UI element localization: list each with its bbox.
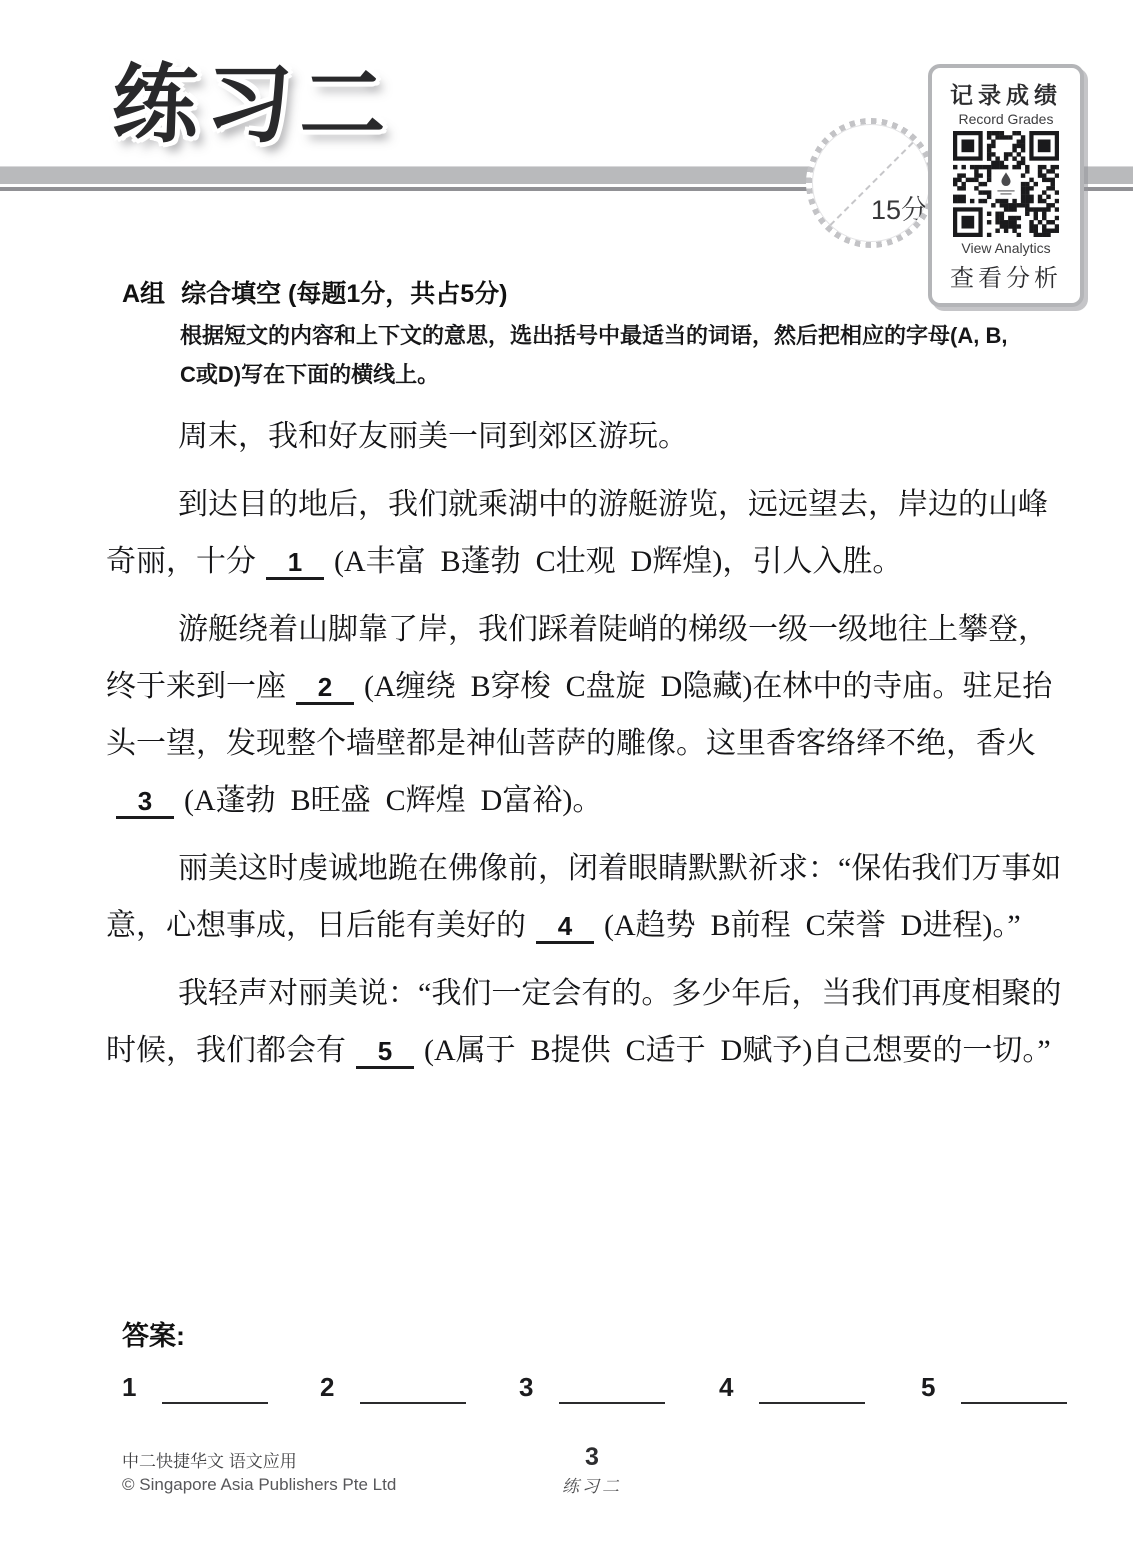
section-instructions: 根据短文的内容和上下文的意思，选出括号中最适当的词语，然后把相应的字母(A, B… — [180, 316, 1080, 394]
answer-blank-line[interactable] — [961, 1372, 1067, 1404]
answer-item-1: 1 — [122, 1372, 268, 1409]
answer-number: 4 — [719, 1372, 733, 1402]
passage-blank-3[interactable]: 3 — [116, 786, 174, 819]
section-title: 综合填空 (每题1分，共占5分) — [181, 280, 507, 308]
passage-paragraph: 我轻声对丽美说：“我们一定会有的。多少年后，当我们再度相聚的时候，我们都会有5(… — [106, 965, 1072, 1079]
answer-number: 2 — [320, 1372, 334, 1402]
footer-series-title: 中二快捷华文 语文应用 — [122, 1450, 396, 1473]
page-title: 练习二 — [110, 58, 395, 153]
footer-page-label: 练习二 — [492, 1472, 692, 1497]
footer-copyright: © Singapore Asia Publishers Pte Ltd — [122, 1473, 396, 1496]
passage-paragraph: 到达目的地后，我们就乘湖中的游艇游览，远远望去，岸边的山峰奇丽，十分1(A丰富 … — [106, 476, 1072, 590]
answers-label: 答案: — [122, 1314, 185, 1353]
score-stamp-face: 15分 — [812, 124, 930, 242]
section-heading: A组综合填空 (每题1分，共占5分) — [122, 274, 507, 310]
answer-blank-line[interactable] — [360, 1372, 466, 1404]
qr-panel: 记录成绩 Record Grades View Analytics 查看分析 — [928, 64, 1084, 307]
qr-caption-en: View Analytics — [961, 240, 1050, 256]
answer-blank-line[interactable] — [759, 1372, 865, 1404]
passage-paragraph: 丽美这时虔诚地跪在佛像前，闭着眼睛默默祈求：“保佑我们万事如意，心想事成，日后能… — [106, 840, 1072, 954]
answer-number: 1 — [122, 1372, 136, 1402]
answer-number: 5 — [921, 1372, 935, 1402]
qr-title-zh: 记录成绩 — [950, 77, 1062, 110]
page-number: 3 — [492, 1444, 692, 1470]
answer-item-5: 5 — [921, 1372, 1067, 1409]
passage-blank-4[interactable]: 4 — [536, 911, 594, 944]
instructions-line-2: C或D)写在下面的横线上。 — [180, 355, 1080, 394]
answer-number: 3 — [519, 1372, 533, 1402]
passage-paragraph: 周末，我和好友丽美一同到郊区游玩。 — [106, 408, 1072, 465]
footer-imprint: 中二快捷华文 语文应用 © Singapore Asia Publishers … — [122, 1450, 396, 1496]
passage-text: (A属于 B提供 C适于 D赋予)自己想要的一切。” — [424, 1034, 1051, 1067]
instructions-line-1: 根据短文的内容和上下文的意思，选出括号中最适当的词语，然后把相应的字母(A, B… — [180, 316, 1080, 355]
passage-text: (A趋势 B前程 C荣誉 D进程)。” — [604, 909, 1021, 942]
score-stamp: 15分 — [806, 118, 936, 248]
passage: 周末，我和好友丽美一同到郊区游玩。到达目的地后，我们就乘湖中的游艇游览，远远望去… — [106, 408, 1072, 1090]
qr-title-en: Record Grades — [959, 111, 1054, 127]
passage-blank-2[interactable]: 2 — [296, 672, 354, 705]
qr-caption-zh: 查看分析 — [950, 258, 1062, 293]
answer-item-4: 4 — [719, 1372, 865, 1409]
answer-item-2: 2 — [320, 1372, 466, 1409]
qr-code-icon — [953, 131, 1059, 237]
answer-item-3: 3 — [519, 1372, 665, 1409]
answer-blank-line[interactable] — [162, 1372, 268, 1404]
passage-paragraph: 游艇绕着山脚靠了岸，我们踩着陡峭的梯级一级一级地往上攀登，终于来到一座2(A缠绕… — [106, 601, 1072, 829]
passage-blank-5[interactable]: 5 — [356, 1036, 414, 1069]
passage-text: 周末，我和好友丽美一同到郊区游玩。 — [178, 420, 688, 453]
answer-row: 12345 — [0, 1372, 1133, 1418]
passage-text: (A蓬勃 B旺盛 C辉煌 D富裕)。 — [184, 784, 602, 817]
workbook-page: 练习二 15分 记录成绩 Record Grades View Analytic… — [0, 0, 1133, 1551]
passage-blank-1[interactable]: 1 — [266, 547, 324, 580]
section-group-label: A组 — [122, 280, 165, 308]
footer-page-block: 3 练习二 — [492, 1444, 692, 1497]
answer-blank-line[interactable] — [559, 1372, 665, 1404]
score-badge: 15分 — [871, 188, 928, 227]
passage-text: (A丰富 B蓬勃 C壮观 D辉煌)，引人入胜。 — [334, 545, 902, 578]
